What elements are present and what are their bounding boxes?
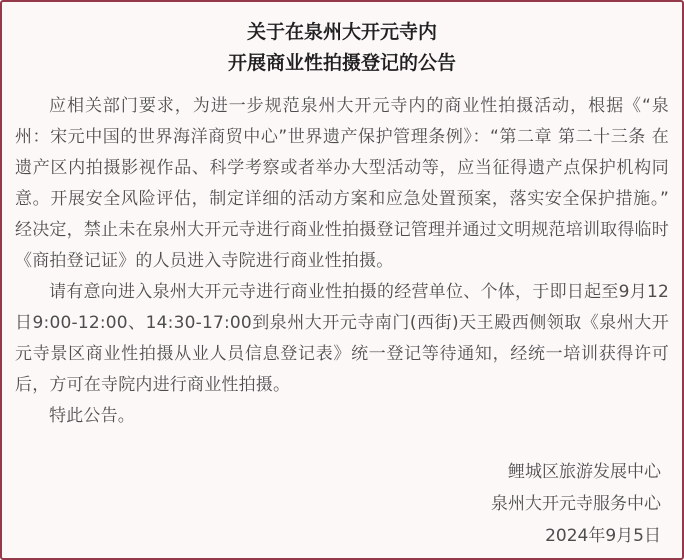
notice-title-line-2: 开展商业性拍摄登记的公告 — [15, 48, 669, 79]
signature-block: 鲤城区旅游发展中心 泉州大开元寺服务中心 2024年9月5日 — [15, 456, 669, 552]
signature-org-1: 鲤城区旅游发展中心 — [15, 456, 661, 488]
signature-org-2: 泉州大开元寺服务中心 — [15, 488, 661, 520]
notice-title: 关于在泉州大开元寺内 开展商业性拍摄登记的公告 — [15, 17, 669, 79]
notice-title-line-1: 关于在泉州大开元寺内 — [15, 17, 669, 48]
signature-date: 2024年9月5日 — [15, 520, 661, 552]
notice-body: 应相关部门要求，为进一步规范泉州大开元寺内的商业性拍摄活动，根据《“泉州：宋元中… — [15, 91, 669, 432]
notice-paragraph-3: 特此公告。 — [15, 401, 669, 432]
notice-paragraph-2: 请有意向进入泉州大开元寺进行商业性拍摄的经营单位、个体，于即日起至9月12日9:… — [15, 277, 669, 401]
notice-paragraph-1: 应相关部门要求，为进一步规范泉州大开元寺内的商业性拍摄活动，根据《“泉州：宋元中… — [15, 91, 669, 277]
notice-document: 关于在泉州大开元寺内 开展商业性拍摄登记的公告 应相关部门要求，为进一步规范泉州… — [0, 0, 684, 560]
